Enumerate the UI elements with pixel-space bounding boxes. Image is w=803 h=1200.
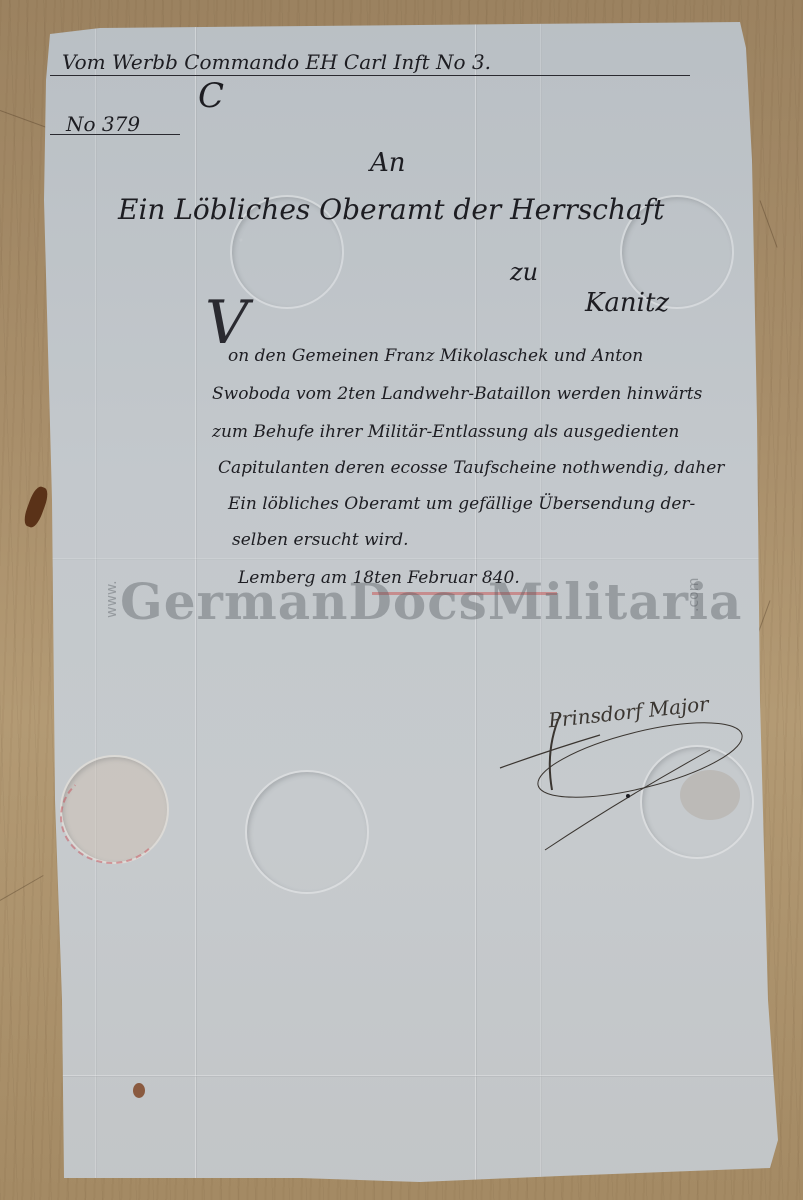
body-line: on den Gemeinen Franz Mikolaschek und An… bbox=[228, 346, 643, 366]
header-rule bbox=[50, 75, 690, 76]
fold-line bbox=[40, 558, 780, 560]
preposition: zu bbox=[510, 258, 538, 286]
wood-scratch bbox=[760, 200, 778, 247]
fold-line bbox=[40, 1075, 780, 1077]
flourish-c: C bbox=[198, 76, 224, 116]
reference-rule bbox=[50, 134, 180, 135]
red-seal-trace bbox=[60, 770, 164, 864]
document-paper: Vom Werbb Commando EH Carl Inft No 3. C … bbox=[0, 0, 803, 1200]
reference-number: No 379 bbox=[66, 112, 140, 136]
body-line: Swoboda vom 2ten Landwehr-Bataillon werd… bbox=[212, 384, 702, 404]
watermark-suffix: .com bbox=[686, 578, 702, 612]
wood-scratch bbox=[0, 875, 44, 901]
body-line: Ein löbliches Oberamt um gefällige Übers… bbox=[228, 494, 695, 514]
watermark-prefix: www. bbox=[104, 580, 120, 618]
embossed-seal bbox=[245, 770, 369, 894]
fold-line bbox=[95, 20, 97, 1180]
body-line: selben ersucht wird. bbox=[232, 530, 408, 550]
place-name: Kanitz bbox=[585, 288, 669, 318]
sender-line: Vom Werbb Commando EH Carl Inft No 3. bbox=[62, 50, 491, 74]
body-line: Capitulanten deren ecosse Taufscheine no… bbox=[218, 458, 724, 478]
wood-stain bbox=[21, 485, 50, 530]
watermark-text: GermanDocsMilitaria bbox=[120, 572, 742, 631]
body-line: zum Behufe ihrer Militär-Entlassung als … bbox=[212, 422, 679, 442]
ink-spot bbox=[133, 1083, 145, 1098]
salutation: An bbox=[370, 148, 406, 178]
recipient: Ein Löbliches Oberamt der Herrschaft bbox=[118, 193, 664, 226]
signature-flourish bbox=[490, 690, 760, 860]
